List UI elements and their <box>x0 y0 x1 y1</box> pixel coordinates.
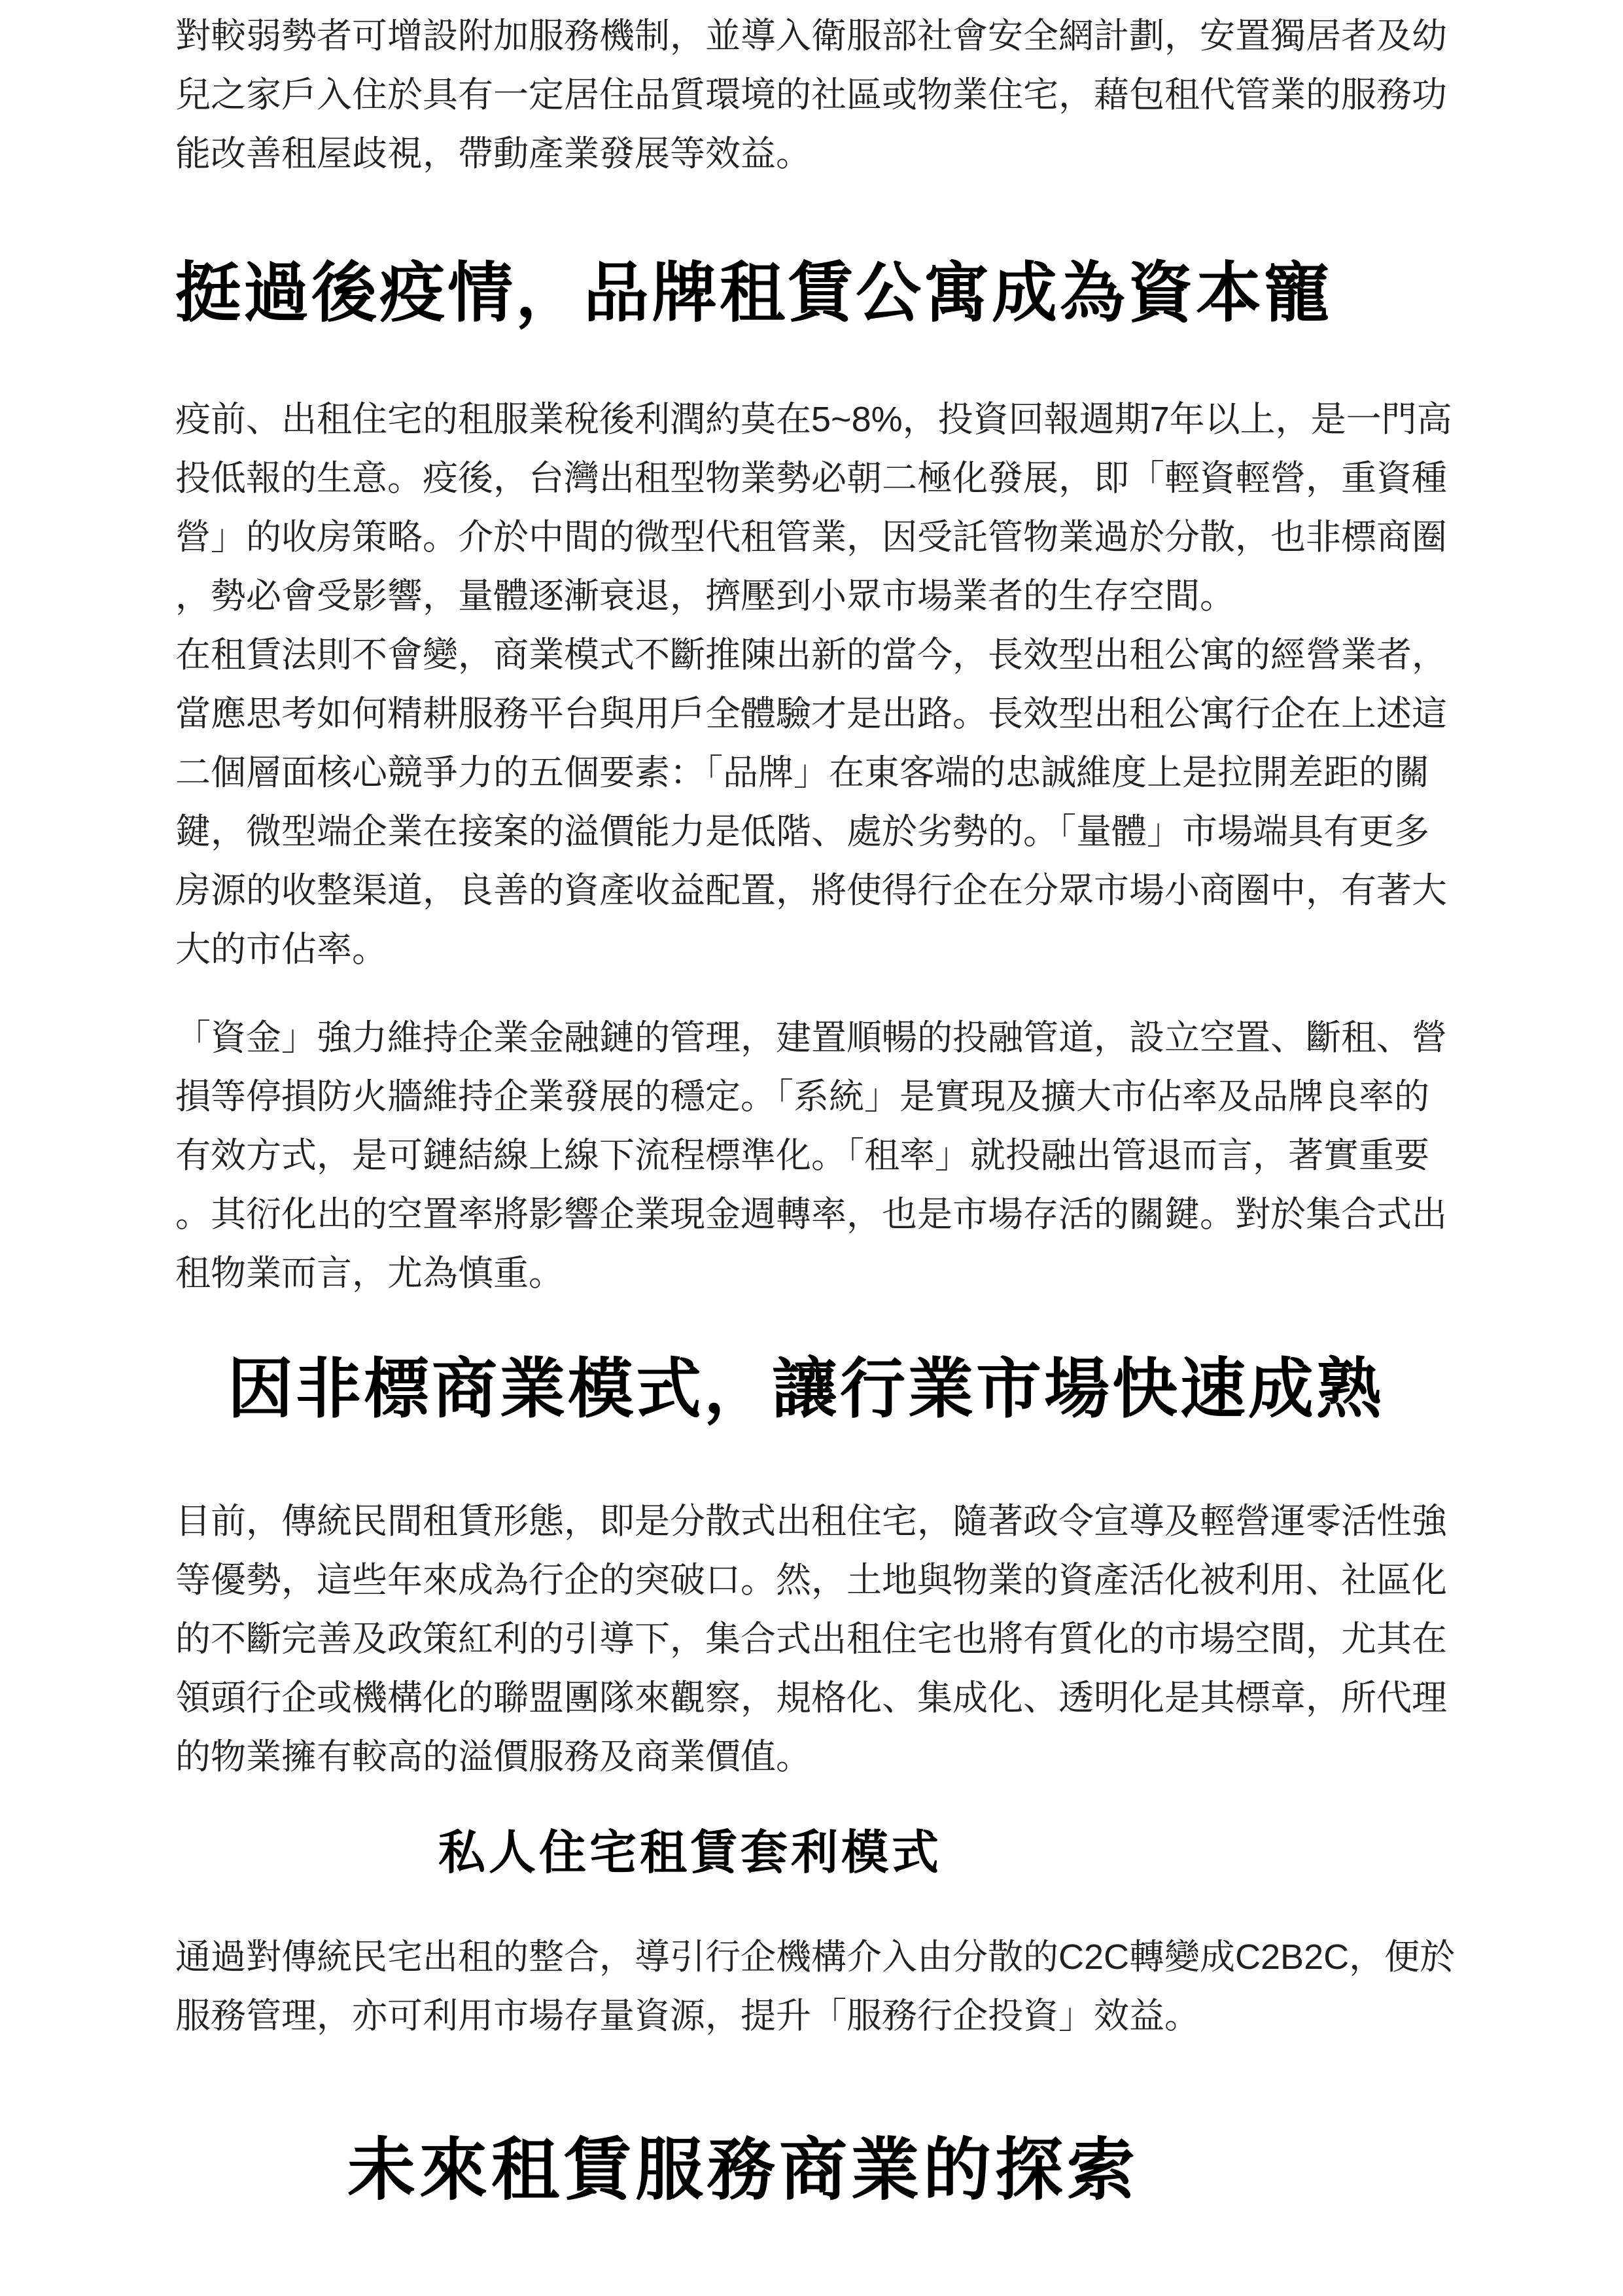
section2-subheading: 私人住宅租賃套利模式 <box>438 1822 942 1884</box>
section2-paragraph-2: 通過對傳統民宅出租的整合，導引行企機構介入由分散的C2C轉變成C2B2C，便於 … <box>175 1928 1455 2045</box>
body-line: 損等停損防火牆維持企業發展的穩定。「系統」是實現及擴大市佔率及品牌良率的 <box>175 1067 1447 1126</box>
section2-paragraph-1: 目前，傳統民間租賃形態，即是分散式出租住宅，隨著政令宣導及輕營運零活性強 等優勢… <box>175 1492 1447 1786</box>
body-line: 投低報的生意。疫後，台灣出租型物業勢必朝二極化發展，即「輕資輕營，重資種 <box>175 449 1452 508</box>
body-line: 疫前、出租住宅的租服業稅後利潤約莫在5~8%，投資回報週期7年以上，是一門高 <box>175 390 1452 449</box>
section3-heading: 未來租賃服務商業的探索 <box>347 2128 1139 2213</box>
section2-heading: 因非標商業模式，讓行業市場快速成熟 <box>228 1350 1384 1428</box>
body-line: 營」的收房策略。介於中間的微型代租管業，因受託管物業過於分散，也非標商圈 <box>175 508 1452 567</box>
body-line: 服務管理，亦可利用市場存量資源，提升「服務行企投資」效益。 <box>175 1987 1455 2045</box>
body-line: 兒之家戶入住於具有一定居住品質環境的社區或物業住宅，藉包租代管業的服務功 <box>175 65 1447 124</box>
body-line: 鍵，微型端企業在接案的溢價能力是低階、處於劣勢的。「量體」市場端具有更多 <box>175 802 1452 861</box>
body-line: 通過對傳統民宅出租的整合，導引行企機構介入由分散的C2C轉變成C2B2C，便於 <box>175 1928 1455 1987</box>
body-line: 領頭行企或機構化的聯盟團隊來觀察，規格化、集成化、透明化是其標章，所代理 <box>175 1669 1447 1727</box>
body-line: 租物業而言，尤為慎重。 <box>175 1244 1447 1303</box>
section1-heading: 挺過後疫情，品牌租賃公寓成為資本寵 <box>175 254 1332 332</box>
body-line: 能改善租屋歧視，帶動產業發展等效益。 <box>175 124 1447 183</box>
body-line: 當應思考如何精耕服務平台與用戶全體驗才是出路。長效型出租公寓行企在上述這 <box>175 684 1452 743</box>
body-line: 二個層面核心競爭力的五個要素：「品牌」在東客端的忠誠維度上是拉開差距的關 <box>175 743 1452 802</box>
body-line: 有效方式，是可鏈結線上線下流程標準化。「租率」就投融出管退而言，著實重要 <box>175 1126 1447 1185</box>
body-line: 。其衍化出的空置率將影響企業現金週轉率，也是市場存活的關鍵。對於集合式出 <box>175 1185 1447 1244</box>
section1-paragraph-2: 「資金」強力維持企業金融鏈的管理，建置順暢的投融管道，設立空置、斷租、營 損等停… <box>175 1008 1447 1303</box>
body-line: 房源的收整渠道，良善的資產收益配置，將使得行企在分眾市場小商圈中，有著大 <box>175 861 1452 920</box>
body-line: 的不斷完善及政策紅利的引導下，集合式出租住宅也將有質化的市場空間，尤其在 <box>175 1610 1447 1669</box>
body-line: 對較弱勢者可增設附加服務機制，並導入衛服部社會安全網計劃，安置獨居者及幼 <box>175 7 1447 65</box>
body-line: 大的市佔率。 <box>175 920 1452 979</box>
body-line: 在租賃法則不會變，商業模式不斷推陳出新的當今，長效型出租公寓的經營業者， <box>175 626 1452 684</box>
body-line: 「資金」強力維持企業金融鏈的管理，建置順暢的投融管道，設立空置、斷租、營 <box>175 1008 1447 1067</box>
body-line: 目前，傳統民間租賃形態，即是分散式出租住宅，隨著政令宣導及輕營運零活性強 <box>175 1492 1447 1551</box>
body-line: 等優勢，這些年來成為行企的突破口。然，土地與物業的資產活化被利用、社區化 <box>175 1551 1447 1610</box>
intro-paragraph: 對較弱勢者可增設附加服務機制，並導入衛服部社會安全網計劃，安置獨居者及幼 兒之家… <box>175 7 1447 183</box>
body-line: ，勢必會受影響，量體逐漸衰退，擠壓到小眾市場業者的生存空間。 <box>175 567 1452 626</box>
article-page: { "page": { "background_color": "#ffffff… <box>0 0 1623 2296</box>
section1-paragraph-1: 疫前、出租住宅的租服業稅後利潤約莫在5~8%，投資回報週期7年以上，是一門高 投… <box>175 390 1452 979</box>
body-line: 的物業擁有較高的溢價服務及商業價值。 <box>175 1727 1447 1786</box>
